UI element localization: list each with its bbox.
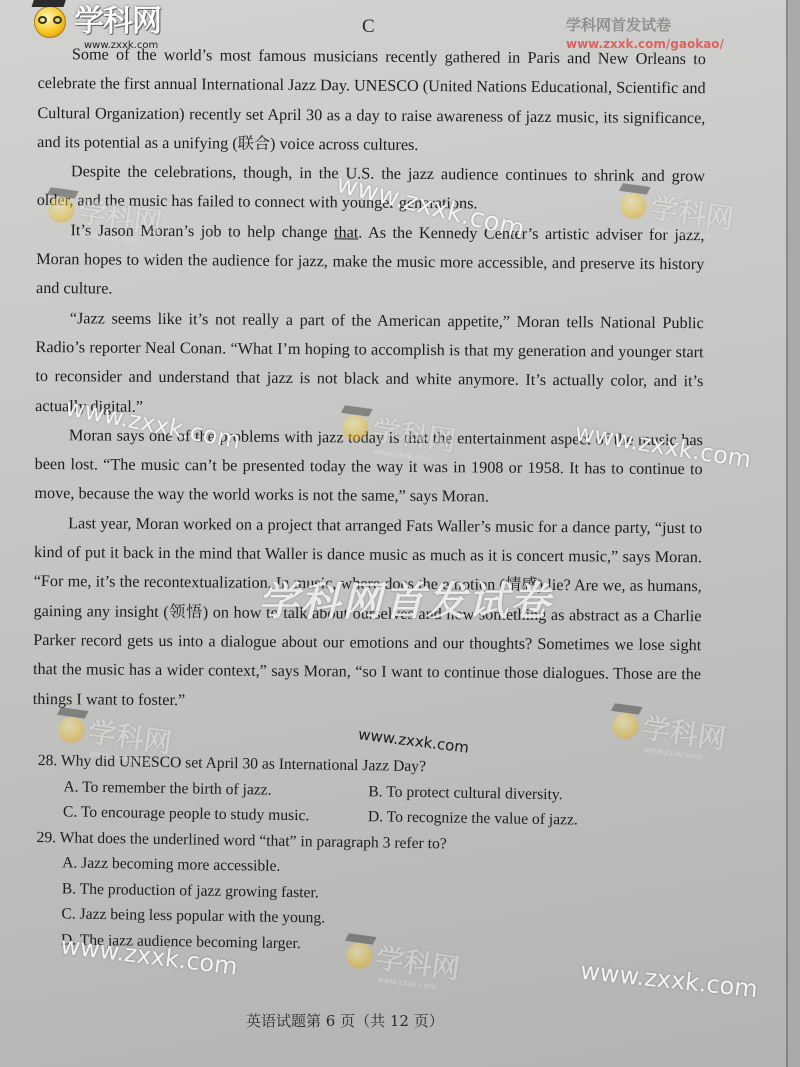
- mascot-icon: [47, 195, 76, 224]
- mascot-icon: [619, 191, 648, 220]
- mascot-icon: [341, 413, 370, 442]
- option-d: D. To recognize the value of jazz.: [368, 804, 668, 834]
- watermark-title: 学科网首发试卷: [566, 14, 724, 35]
- mascot-icon: [57, 715, 86, 744]
- section-letter: C: [362, 16, 375, 38]
- zxxk-logo: 学科网 www.zxxk.com: [34, 6, 161, 38]
- logo-brand-text: 学科网: [74, 7, 161, 37]
- page-fold-line: [786, 0, 788, 1067]
- adjacent-page-edge: [788, 0, 800, 1067]
- mascot-icon: [345, 941, 374, 970]
- underlined-word-that: that: [334, 223, 358, 241]
- mascot-icon: [34, 6, 66, 38]
- graduation-cap-icon: [32, 0, 67, 7]
- watermark-banner: 学科网首发试卷: [258, 570, 552, 627]
- mascot-icon: [611, 711, 640, 740]
- watermark-logo: 学科网 www.zxxk.com: [611, 710, 728, 754]
- page-footer: 英语试题第 6 页（共 12 页）: [246, 1010, 444, 1031]
- paragraph-1: Some of the world’s most famous musician…: [37, 40, 706, 162]
- watermark-url: www.zxxk.com: [357, 725, 470, 756]
- watermark-url: www.zxxk.com: [579, 957, 759, 1003]
- questions-section: 28. Why did UNESCO set April 30 as Inter…: [35, 748, 678, 962]
